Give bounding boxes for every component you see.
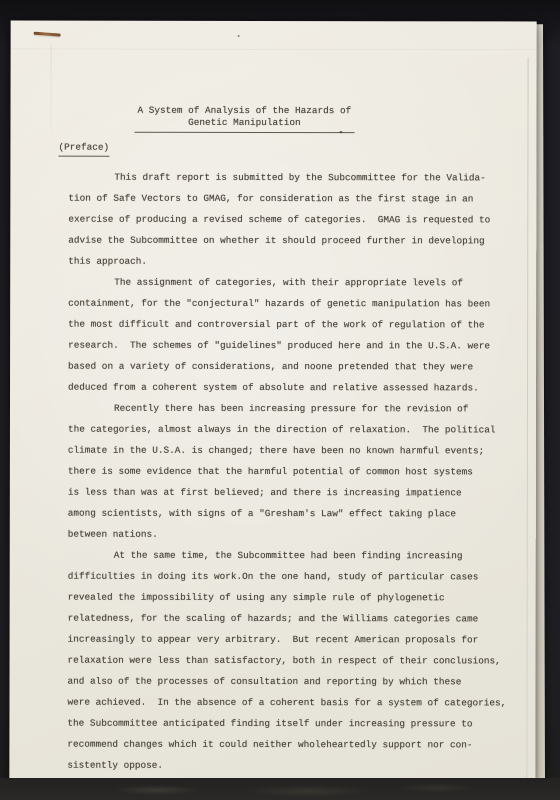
paragraph-4: At the same time, the Subcommittee had b…: [67, 545, 531, 777]
paragraph-3: Recently there has been increasing press…: [68, 398, 532, 546]
title-line-1: A System of Analysis of the Hazards of: [137, 105, 351, 117]
paragraph-1: This draft report is submitted by the Su…: [68, 167, 532, 273]
page-scene: A System of Analysis of the Hazards of G…: [0, 0, 560, 800]
photo-background: { "document": { "title_line1": "A System…: [0, 0, 560, 800]
document-page: A System of Analysis of the Hazards of G…: [9, 21, 536, 782]
section-heading-label: (Preface): [58, 141, 109, 157]
document-title: A System of Analysis of the Hazards of G…: [134, 105, 354, 133]
section-heading-preface: (Preface): [58, 141, 532, 158]
typed-content: A System of Analysis of the Hazards of G…: [9, 21, 536, 782]
title-line-2: Genetic Manipulation: [137, 117, 351, 129]
paragraph-2: The assignment of categories, with their…: [68, 272, 532, 399]
